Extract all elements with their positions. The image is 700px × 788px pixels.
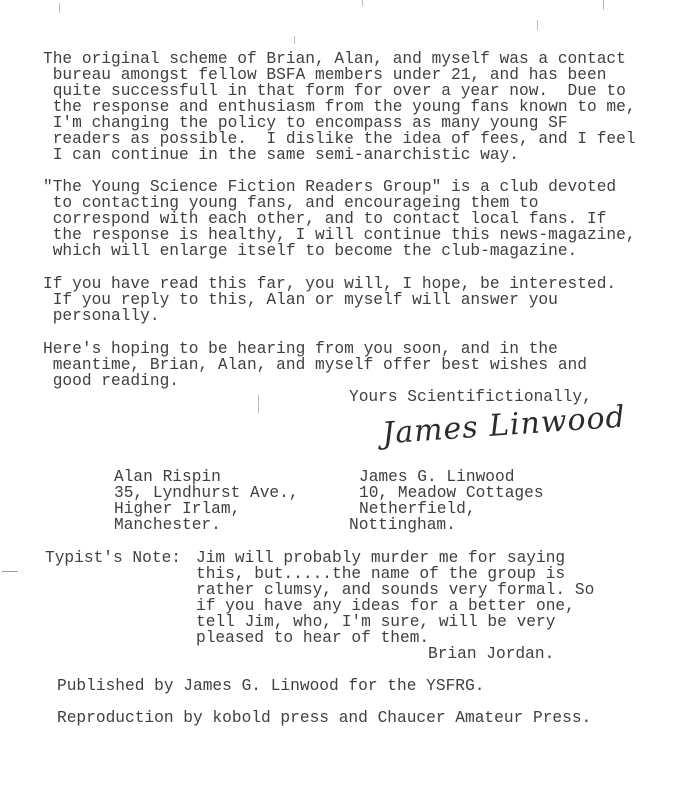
scan-speck	[537, 20, 538, 30]
typist-signature: Brian Jordan.	[428, 646, 554, 662]
address-line: Nottingham.	[349, 517, 456, 533]
text-line: this, but.....the name of the group is	[196, 566, 565, 582]
text-line: the response is healthy, I will continue…	[43, 227, 636, 243]
text-line: Here's hoping to be hearing from you soo…	[43, 341, 558, 357]
address-line: Netherfield,	[359, 501, 476, 517]
address-line: Alan Rispin	[114, 469, 221, 485]
text-line: readers as possible. I dislike the idea …	[43, 131, 636, 147]
text-line: rather clumsy, and sounds very formal. S…	[196, 582, 594, 598]
text-line: I'm changing the policy to encompass as …	[43, 115, 568, 131]
text-line: Jim will probably murder me for saying	[196, 550, 565, 566]
text-line: If you have read this far, you will, I h…	[43, 276, 616, 292]
text-line: If you reply to this, Alan or myself wil…	[43, 292, 558, 308]
address-line: 35, Lyndhurst Ave.,	[114, 485, 299, 501]
scan-speck	[2, 571, 18, 572]
text-line: the response and enthusiasm from the you…	[43, 99, 636, 115]
scan-speck	[603, 0, 604, 10]
handwritten-signature: James Linwood	[381, 400, 627, 452]
text-line: which will enlarge itself to become the …	[43, 243, 577, 259]
text-line: if you have any ideas for a better one,	[196, 598, 575, 614]
text-line: to contacting young fans, and encouragei…	[43, 195, 538, 211]
reproduction-credit: Reproduction by kobold press and Chaucer…	[57, 710, 591, 726]
text-line: pleased to hear of them.	[196, 630, 429, 646]
address-line: James G. Linwood	[359, 469, 514, 485]
address-line: Higher Irlam,	[114, 501, 240, 517]
text-line: "The Young Science Fiction Readers Group…	[43, 179, 616, 195]
text-line: I can continue in the same semi-anarchis…	[43, 147, 519, 163]
scan-speck	[258, 395, 259, 413]
typewritten-letter-page: The original scheme of Brian, Alan, and …	[0, 0, 700, 788]
scan-speck	[362, 0, 363, 6]
text-line: correspond with each other, and to conta…	[43, 211, 606, 227]
text-line: The original scheme of Brian, Alan, and …	[43, 51, 626, 67]
typists-note-label: Typist's Note:	[45, 550, 181, 566]
scan-speck	[294, 36, 295, 44]
published-by: Published by James G. Linwood for the YS…	[57, 678, 484, 694]
valediction: Yours Scientifictionally,	[349, 389, 592, 405]
text-line: meantime, Brian, Alan, and myself offer …	[43, 357, 587, 373]
scan-speck	[59, 3, 60, 13]
text-line: good reading.	[43, 373, 179, 389]
address-line: Manchester.	[114, 517, 221, 533]
text-line: quite successfull in that form for over …	[43, 83, 626, 99]
text-line: bureau amongst fellow BSFA members under…	[43, 67, 606, 83]
text-line: tell Jim, who, I'm sure, will be very	[196, 614, 555, 630]
text-line: personally.	[43, 308, 160, 324]
address-line: 10, Meadow Cottages	[359, 485, 544, 501]
